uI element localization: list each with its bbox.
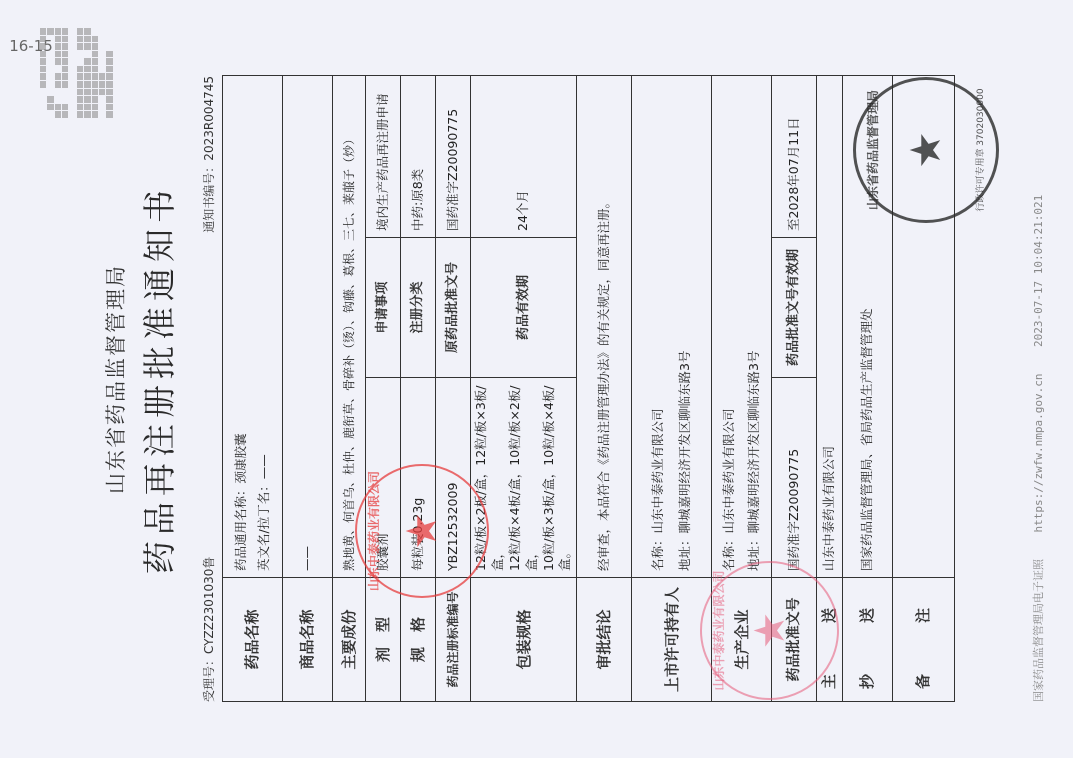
footer-issuer: 国家药品监督管理局电子证照 [1032,559,1045,702]
table-row: 商品名称 —— [283,75,333,701]
notice-number-label: 通知书编号： [202,161,216,233]
notice-page: 16-15 山东省药品监督管理局 药品再注册批准通知书 受理号：CYZZ2301… [0,0,1073,758]
ingredients-label: 主要成份 [333,578,366,702]
generic-name-label: 药品通用名称： [233,483,248,571]
notice-number: 通知书编号：2023R004745 [200,76,217,233]
mah-value: 名称：山东中泰药业有限公司 地址：聊城嘉明经济开发区聊临东路3号 [632,75,712,577]
approval-validity-label: 药品批准文号有效期 [772,238,817,378]
english-name-label: 英文名/拉丁名： [256,479,271,571]
mah-address: 地址：聊城嘉明经济开发区聊临东路3号 [677,82,694,571]
packaging-line: 12粒/板×4板/盒，10粒/板×2板/盒， [507,384,541,571]
table-row: 包装规格 12粒/板×2板/盒，12粒/板×3板/盒， 12粒/板×4板/盒，1… [471,75,577,701]
original-approval-value: 国药准字Z20090775 [436,75,471,237]
standard-no-label: 药品注册标准编号 [436,578,471,702]
table-row: 药品注册标准编号 YBZ12532009 原药品批准文号 国药准字Z200907… [436,75,471,701]
table-row: 主要成份 熟地黄、何首乌、杜仲、鹿衔草、骨碎补（烫）、钩藤、葛根、三七、莱菔子（… [333,75,366,701]
table-row: 审批结论 经审查，本品符合《药品注册管理办法》的有关规定，同意再注册。 [577,75,632,701]
specification-label: 规 格 [401,578,436,702]
table-row: 规 格 每粒装0.23g 注册分类 中药:原8类 [401,75,436,701]
manufacturer-address: 地址：聊城嘉明经济开发区聊临东路3号 [746,82,763,571]
footer-url[interactable]: https://zwfw.nmpa.gov.cn [1032,374,1045,533]
acceptance-number-label: 受理号： [202,654,216,702]
remarks-label: 备 注 [892,578,954,702]
main-recipient-value: 山东中泰药业有限公司 [817,75,842,577]
approval-no-value: 国药准字Z20090775 [772,378,817,578]
conclusion-label: 审批结论 [577,578,632,702]
drug-name-label: 药品名称 [223,578,283,702]
table-row: 上市许可持有人 名称：山东中泰药业有限公司 地址：聊城嘉明经济开发区聊临东路3号 [632,75,712,701]
specification-value: 每粒装0.23g [401,378,436,578]
table-row: 生产企业 名称：山东中泰药业有限公司 地址：聊城嘉明经济开发区聊临东路3号 [712,75,772,701]
registration-class-value: 中药:原8类 [401,75,436,237]
acceptance-number: 受理号：CYZZ2301030鲁 [200,557,217,702]
packaging-value: 12粒/板×2板/盒，12粒/板×3板/盒， 12粒/板×4板/盒，10粒/板×… [471,378,577,578]
shelf-life-value: 24个月 [471,75,577,237]
table-row: 抄 送 国家药品监督管理局、省局药品生产监督管理处 [842,75,892,701]
generic-name: 颈康胶囊 [233,433,248,483]
original-approval-label: 原药品批准文号 [436,238,471,378]
cc-value: 国家药品监督管理局、省局药品生产监督管理处 [842,75,892,577]
shelf-life-label: 药品有效期 [471,238,577,378]
approval-table: 药品名称 药品通用名称：颈康胶囊 英文名/拉丁名：—— 商品名称 —— 主要成份… [222,75,955,702]
standard-no-value: YBZ12532009 [436,378,471,578]
packaging-line: 12粒/板×2板/盒，12粒/板×3板/盒， [473,384,507,571]
manufacturer-value: 名称：山东中泰药业有限公司 地址：聊城嘉明经济开发区聊临东路3号 [712,75,772,577]
footer-timestamp: 2023-07-17 10:04:21:021 [1032,195,1045,347]
conclusion-value: 经审查，本品符合《药品注册管理办法》的有关规定，同意再注册。 [577,75,632,577]
footer: 国家药品监督管理局电子证照 https://zwfw.nmpa.gov.cn 2… [1030,195,1046,702]
trade-name-value: —— [283,75,333,577]
agency-name: 山东省药品监督管理局 [100,0,130,758]
english-name: —— [256,454,271,479]
table-row: 备 注 [892,75,954,701]
table-row: 药品名称 药品通用名称：颈康胶囊 英文名/拉丁名：—— [223,75,283,701]
agency-seal-subtext: 行政许可专用章 3702030000 [973,80,986,220]
application-item-label: 申请事项 [366,238,401,378]
dosage-form-value: 胶囊剂 [366,378,401,578]
table-row: 药品批准文号 国药准字Z20090775 药品批准文号有效期 至2028年07月… [772,75,817,701]
acceptance-number-value: CYZZ2301030鲁 [202,557,216,654]
ingredients-value: 熟地黄、何首乌、杜仲、鹿衔草、骨碎补（烫）、钩藤、葛根、三七、莱菔子（炒） [333,75,366,577]
dosage-form-label: 剂 型 [366,578,401,702]
trade-name-label: 商品名称 [283,578,333,702]
remarks-value [892,75,954,577]
mah-name: 名称：山东中泰药业有限公司 [650,82,667,571]
drug-name-value: 药品通用名称：颈康胶囊 英文名/拉丁名：—— [223,75,283,577]
manufacturer-name: 名称：山东中泰药业有限公司 [721,82,738,571]
approval-no-label: 药品批准文号 [772,578,817,702]
packaging-line: 10粒/板×3板/盒，10粒/板×4板/盒。 [541,384,575,571]
application-item-value: 境内生产药品再注册申请 [366,75,401,237]
mah-label: 上市许可持有人 [632,578,712,702]
main-recipient-label: 主 送 [817,578,842,702]
manufacturer-label: 生产企业 [712,578,772,702]
table-row: 主 送 山东中泰药业有限公司 [817,75,842,701]
cc-label: 抄 送 [842,578,892,702]
notice-number-value: 2023R004745 [202,76,216,161]
document-title: 药品再注册批准通知书 [134,0,181,758]
packaging-label: 包装规格 [471,578,577,702]
approval-validity-value: 至2028年07月11日 [772,75,817,237]
table-row: 剂 型 胶囊剂 申请事项 境内生产药品再注册申请 [366,75,401,701]
registration-class-label: 注册分类 [401,238,436,378]
